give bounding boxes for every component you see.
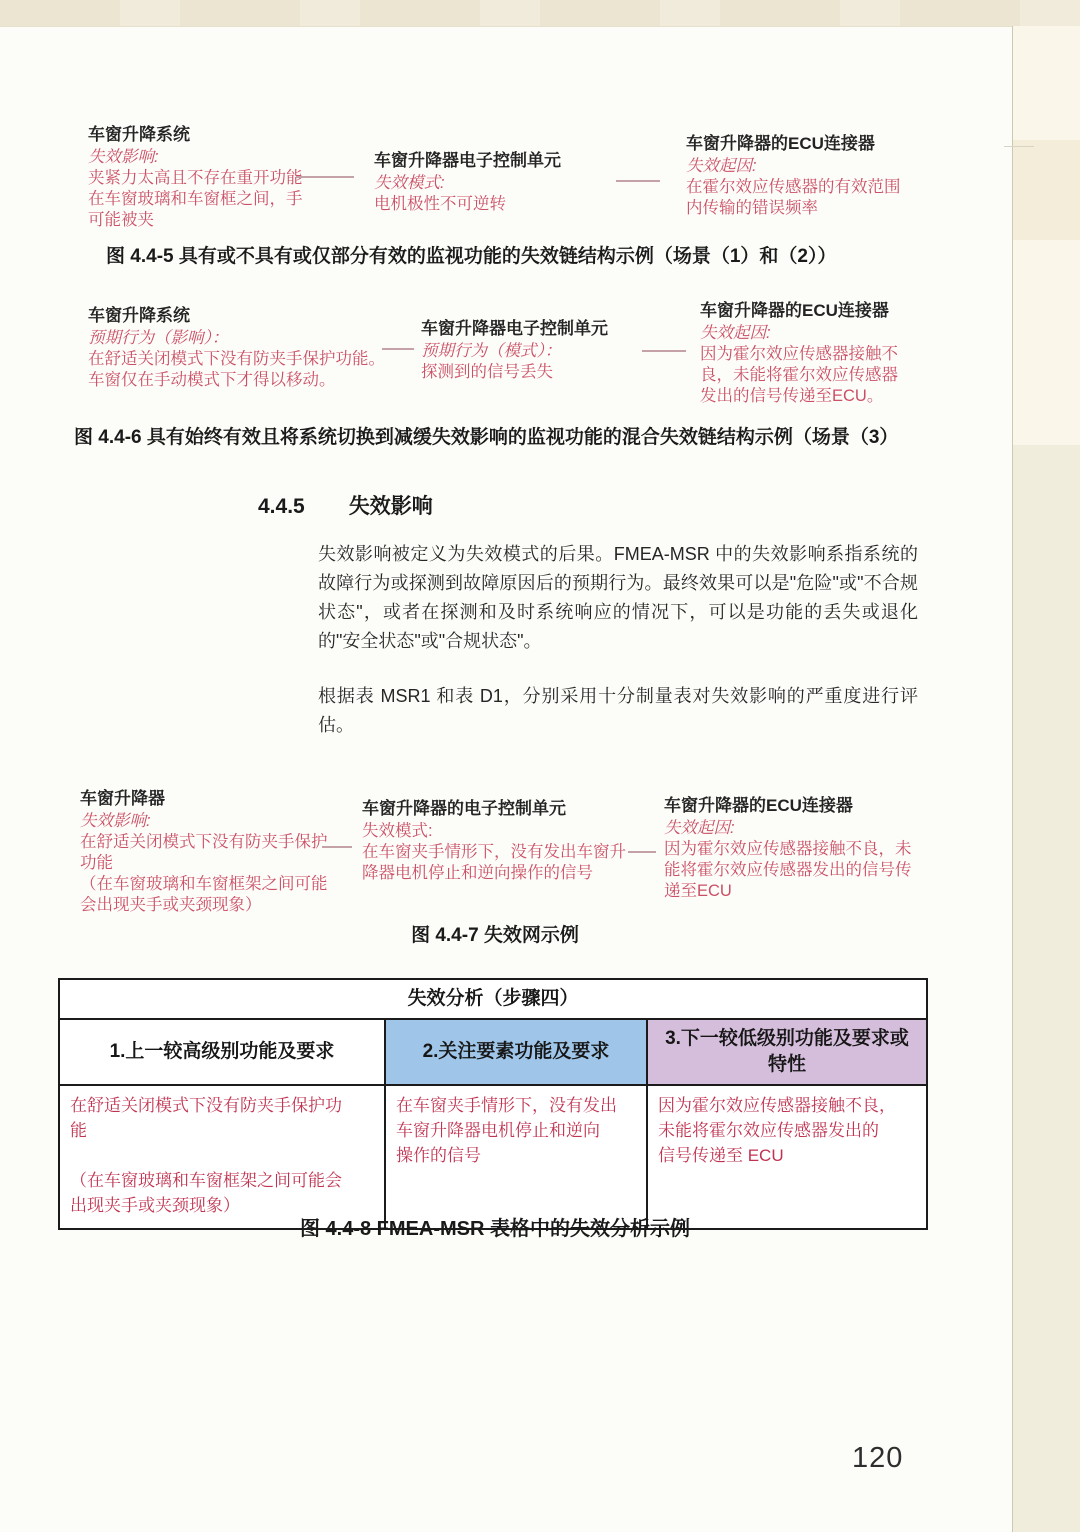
section-number: 4.4.5 (258, 495, 305, 518)
table-cell-failure-mode: 在车窗夹手情形下，没有发出 车窗升降器电机停止和逆向 操作的信号 (384, 1086, 646, 1228)
node-title: 车窗升降器的ECU连接器 (700, 300, 946, 322)
node-body: 在霍尔效应传感器的有效范围 内传输的错误频率 (686, 177, 938, 219)
section-title: 失效影响 (349, 495, 433, 518)
node-title: 车窗升降系统 (88, 124, 362, 146)
node-label: 预期行为（模式）： (421, 341, 663, 362)
table-header-row: 1.上一较高级别功能及要求 2.关注要素功能及要求 3.下一较低级别功能及要求或… (60, 1020, 926, 1086)
node-title: 车窗升降器的电子控制单元 (362, 798, 658, 820)
failure-node-connector: 车窗升降器的ECU连接器 失效起因: 因为霍尔效应传感器接触不 良，未能将霍尔效… (700, 300, 946, 407)
scan-fold-line (1004, 146, 1034, 147)
node-title: 车窗升降器的ECU连接器 (664, 795, 944, 817)
failure-node-connector: 车窗升降器的ECU连接器 失效起因: 在霍尔效应传感器的有效范围 内传输的错误频… (686, 133, 938, 219)
chain-connector-line (628, 851, 656, 853)
failure-node-ecu: 车窗升降器电子控制单元 预期行为（模式）： 探测到的信号丢失 (421, 318, 663, 383)
node-body: 因为霍尔效应传感器接触不 良，未能将霍尔效应传感器 发出的信号传递至ECU。 (700, 344, 946, 407)
chain-connector-line (382, 348, 414, 350)
failure-node-connector: 车窗升降器的ECU连接器 失效起因: 因为霍尔效应传感器接触不良，未 能将霍尔效… (664, 795, 944, 902)
chain-connector-line (296, 176, 354, 178)
node-label: 失效起因: (700, 323, 946, 344)
node-label: 失效影响: (88, 147, 362, 168)
table-body-row: 在舒适关闭模式下没有防夹手保护功 能 （在车窗玻璃和车窗框架之间可能会 出现夹手… (60, 1086, 926, 1228)
table-header-lower-level: 3.下一较低级别功能及要求或特性 (646, 1020, 926, 1084)
figure-caption-4-4-8: 图 4.4-8 FMEA-MSR 表格中的失效分析示例 (60, 1212, 930, 1241)
table-cell-failure-effect: 在舒适关闭模式下没有防夹手保护功 能 （在车窗玻璃和车窗框架之间可能会 出现夹手… (60, 1086, 384, 1228)
table-header-focus-element: 2.关注要素功能及要求 (384, 1020, 646, 1084)
node-body: 因为霍尔效应传感器接触不良，未 能将霍尔效应传感器发出的信号传 递至ECU (664, 839, 944, 902)
node-title: 车窗升降系统 (88, 305, 402, 327)
node-title: 车窗升降器电子控制单元 (374, 150, 626, 172)
chain-connector-line (642, 350, 686, 352)
table-cell-failure-cause: 因为霍尔效应传感器接触不良， 未能将霍尔效应传感器发出的 信号传递至 ECU (646, 1086, 926, 1228)
node-body: 在舒适关闭模式下没有防夹手保护功能。 车窗仅在手动模式下才得以移动。 (88, 349, 402, 391)
chain-connector-line (616, 180, 660, 182)
scan-right-patch (1013, 445, 1080, 1532)
failure-node-ecu: 车窗升降器的电子控制单元 失效模式: 在车窗夹手情形下，没有发出车窗升 降器电机… (362, 798, 658, 884)
node-title: 车窗升降器电子控制单元 (421, 318, 663, 340)
body-paragraph: 根据表 MSR1 和表 D1，分别采用十分制量表对失效影响的严重度进行评估。 (318, 682, 918, 740)
table-title: 失效分析（步骤四） (60, 980, 926, 1020)
figure-caption-4-4-7: 图 4.4-7 失效网示例 (60, 920, 930, 947)
body-paragraph: 失效影响被定义为失效模式的后果。FMEA-MSR 中的失效影响系指系统的故障行为… (318, 540, 918, 656)
figure-caption-4-4-6: 图 4.4-6 具有始终有效且将系统切换到减缓失效影响的监视功能的混合失效链结构… (74, 422, 898, 449)
node-body: 在舒适关闭模式下没有防夹手保护 功能 （在车窗玻璃和车窗框架之间可能 会出现夹手… (80, 832, 374, 916)
failure-node-regulator: 车窗升降器 失效影响: 在舒适关闭模式下没有防夹手保护 功能 （在车窗玻璃和车窗… (80, 788, 374, 916)
scan-top-edge (0, 0, 1080, 27)
node-label: 失效起因: (686, 156, 938, 177)
page-number: 120 (852, 1442, 903, 1475)
scan-page-edge-line (1012, 26, 1013, 1532)
node-label: 预期行为（影响）： (88, 328, 402, 349)
node-label: 失效起因: (664, 818, 944, 839)
chain-connector-line (322, 846, 352, 848)
failure-analysis-table: 失效分析（步骤四） 1.上一较高级别功能及要求 2.关注要素功能及要求 3.下一… (58, 978, 928, 1230)
node-body: 探测到的信号丢失 (421, 362, 663, 383)
node-label: 失效模式: (362, 821, 658, 842)
node-title: 车窗升降器 (80, 788, 374, 810)
figure-caption-4-4-5: 图 4.4-5 具有或不具有或仅部分有效的监视功能的失效链结构示例（场景（1）和… (106, 241, 837, 268)
document-page: 车窗升降系统 失效影响: 夹紧力太高且不存在重开功能 在车窗玻璃和车窗框之间，手… (0, 0, 1080, 1532)
node-label: 失效模式: (374, 173, 626, 194)
failure-node-system: 车窗升降系统 预期行为（影响）： 在舒适关闭模式下没有防夹手保护功能。 车窗仅在… (88, 305, 402, 391)
table-header-higher-level: 1.上一较高级别功能及要求 (60, 1020, 384, 1084)
failure-node-ecu: 车窗升降器电子控制单元 失效模式: 电机极性不可逆转 (374, 150, 626, 215)
node-title: 车窗升降器的ECU连接器 (686, 133, 938, 155)
node-body: 在车窗夹手情形下，没有发出车窗升 降器电机停止和逆向操作的信号 (362, 842, 658, 884)
scan-right-patch (1013, 140, 1080, 240)
node-body: 电机极性不可逆转 (374, 194, 626, 215)
node-label: 失效影响: (80, 811, 374, 832)
section-heading: 4.4.5失效影响 (258, 490, 433, 520)
